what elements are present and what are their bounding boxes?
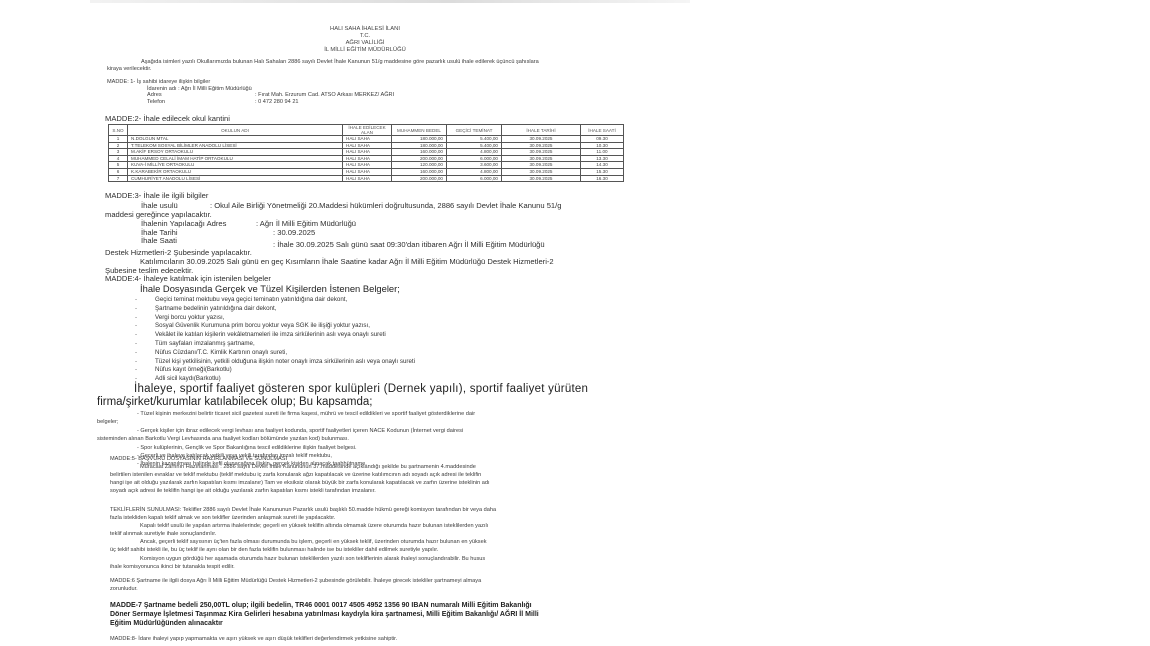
sport-item: belgeler; [97,418,475,426]
table-row: 6K.KARABEKİR ORTAOKULUHALI SAHA160.000,0… [109,168,624,175]
teklif-line: üç teklif sahibi istekli ile, bu üç tekl… [110,546,496,554]
cell-saat: 11.00 [581,149,624,156]
cell-okul-adi: T.TELEKOM SOSYAL BİLİMLER ANADOLU LİSESİ [128,142,343,149]
madde1-title: MADDE: 1- İş sahibi idareye ilişkin bilg… [107,79,210,85]
belge-item-text: Vekâlet ile katılan kişilerin vekâletnam… [155,331,386,338]
cell-teminat: 4.800,00 [447,149,502,156]
doc-title: HALI SAHA İHALESİ İLANI [265,26,465,33]
intro-line-1: Aşağıda isimleri yazılı Okullarımızda bu… [141,59,539,65]
madde1-telefon-value: : 0 472 280 94 21 [255,99,299,105]
madde1-idare-value: : Ağrı İl Milli Eğitim Müdürlüğü [178,86,252,92]
cell-alan: HALI SAHA [343,168,392,175]
teklif-line-text: TEKLİFLERİN SUNULMASI: Teklifler 2886 sa… [110,507,496,513]
cell-bedel: 200.000,00 [392,175,447,182]
madde7-line-3: Eğitim Müdürlüğünden alınacaktır [110,620,223,627]
cell-bedel: 200.000,00 [392,155,447,162]
cell-tarih: 30.09.2025 [502,168,581,175]
madde5-line: soyadı açık adresi ile teklifin hangi iş… [110,488,490,496]
madde3-adres-label: İhalenin Yapılacağı Adres [141,219,226,228]
madde1-idare: İdarenin adı : Ağrı İl Milli Eğitim Müdü… [147,86,252,92]
cell-alan: HALI SAHA [343,142,392,149]
madde5-line-text: belirtilen istenilen evraklar ve teklif … [110,472,481,478]
teklif-line-text: teklif alınmak suretiyle ihale sonuçland… [110,531,216,537]
cell-sno: 4 [109,155,128,162]
cell-alan: HALI SAHA [343,175,392,182]
madde5-line-text: hangi işe ait olduğu yazılarak zarfın ka… [110,480,490,486]
madde6-line-1: MADDE:6 Şartname ile ilgili dosya Ağrı İ… [110,578,481,584]
cell-sno: 3 [109,149,128,156]
table-row: 5KUVA-İ MİLLİYE ORTAOKULUHALI SAHA120.00… [109,162,624,169]
cell-saat: 16.30 [581,175,624,182]
madde3-adres-value: : Ağrı İl Milli Eğitim Müdürlüğü [256,219,356,228]
teklif-line: TEKLİFLERİN SUNULMASI: Teklifler 2886 sa… [110,506,496,514]
belge-item: -Vekâlet ile katılan kişilerin vekâletna… [135,331,415,340]
teklif-line: Kapalı teklif usulü ile yapılan artırma … [110,522,496,530]
teklif-line: fazla istekliden kapalı teklif almak ve … [110,514,496,522]
table-row: 7CUMHURİYET ANADOLU LİSESİHALI SAHA200.0… [109,175,624,182]
madde5-line: hangi işe ait olduğu yazılarak zarfın ka… [110,480,490,488]
teklif-line: ihale komisyonunca ikinci bir tutanakla … [110,563,496,571]
bullet-dash-icon: - [135,322,155,331]
belge-item-text: Şartname bedelinin yatırıldığına dair de… [155,305,276,312]
belge-item-text: Nüfus Cüzdanı/T.C. Kimlik Kartının onayl… [155,349,287,356]
cell-alan: HALI SAHA [343,162,392,169]
bullet-dash-icon: - [135,305,155,314]
madde1-adres-value: : Fırat Mah. Erzurum Cad. ATSO Arkası ME… [255,92,394,98]
cell-okul-adi: M.AKİF ERSOY ORTAOKULU [128,149,343,156]
bullet-dash-icon: - [135,340,155,349]
cell-tarih: 30.09.2025 [502,175,581,182]
cell-okul-adi: KUVA-İ MİLLİYE ORTAOKULU [128,162,343,169]
cell-okul-adi: N.DOLGUN MTAL [128,136,343,143]
belge-item-text: Tüzel kişi yetkilisinin, yetkili olduğun… [155,358,415,365]
teklif-line-text: ihale komisyonunca ikinci bir tutanakla … [110,564,235,570]
cell-tarih: 30.09.2025 [502,149,581,156]
cell-alan: HALI SAHA [343,155,392,162]
cell-tarih: 30.09.2025 [502,162,581,169]
madde3-usul-label: İhale usulü [141,201,178,210]
table-row: 2T.TELEKOM SOSYAL BİLİMLER ANADOLU LİSES… [109,142,624,149]
cell-bedel: 180.000,00 [392,136,447,143]
sport-item: - Gerçek kişiler için ibraz edilecek ver… [97,427,475,435]
belge-item: -Nüfus Cüzdanı/T.C. Kimlik Kartının onay… [135,349,415,358]
teklif-line: Ancak, geçerli teklif sayısının üç'ten f… [110,538,496,546]
belgeler-list: -Geçici teminat mektubu veya geçici temi… [135,296,415,384]
col-sno: S.NO [109,125,128,136]
cell-teminat: 5.400,00 [447,142,502,149]
teklif-line-text: Ancak, geçerli teklif sayısının üç'ten f… [110,539,487,545]
cell-saat: 14.30 [581,162,624,169]
belge-item: -Nüfus kayıt örneği(Barkotlu) [135,366,415,375]
belge-item: -Tüzel kişi yetkilisinin, yetkili olduğu… [135,358,415,367]
cell-tarih: 30.09.2025 [502,142,581,149]
madde3-usul-cont: maddesi gereğince yapılacaktır. [105,210,212,219]
col-tarih: İHALE TARİHİ [502,125,581,136]
table-row: 4MUHAMMED CELALİ İMAM HATİP ORTAOKULUHAL… [109,155,624,162]
belge-item-text: Adli sicil kaydı(Barkotlu) [155,375,221,382]
table-row: 3M.AKİF ERSOY ORTAOKULUHALI SAHA160.000,… [109,149,624,156]
madde5-line: Müracaat Zarfının Hazırlanması : 2886 sa… [110,464,490,472]
cell-bedel: 120.000,00 [392,162,447,169]
cell-bedel: 160.000,00 [392,149,447,156]
cell-saat: 09.30 [581,136,624,143]
madde3-katilim-1: Katılımcıların 30.09.2025 Salı günü en g… [140,257,554,266]
madde7-line-1: MADDE-7 Şartname bedeli 250,00TL olup; i… [110,602,532,609]
madde4-title: MADDE:4- İhaleye katılmak için istenilen… [105,274,271,283]
cell-okul-adi: MUHAMMED CELALİ İMAM HATİP ORTAOKULU [128,155,343,162]
col-teminat: GEÇİCİ TEMİNAT [447,125,502,136]
cell-teminat: 3.600,00 [447,162,502,169]
belge-item: -Geçici teminat mektubu veya geçici temi… [135,296,415,305]
col-okul-adi: OKULUN ADI [128,125,343,136]
teklif-line-text: Kapalı teklif usulü ile yapılan artırma … [110,523,488,529]
doc-header-mudurluk: İL MİLLİ EĞİTİM MÜDÜRLÜĞÜ [265,47,465,54]
sport-item: sisteminden alınan Barkotlu Vergi Levhas… [97,435,475,443]
madde5-line: belirtilen istenilen evraklar ve teklif … [110,472,490,480]
madde1-adres-label: Adres [147,92,162,98]
cell-sno: 1 [109,136,128,143]
madde3-saat-label: İhale Saati [141,236,177,245]
sport-item: - Tüzel kişinin merkezini belirtir ticar… [97,410,475,418]
sport-item-text: - Spor kulüplerinin, Gençlik ve Spor Bak… [97,445,357,451]
doc-header-tc: T.C. [265,33,465,40]
madde3-saat-cont: Destek Hizmetleri-2 Şubesinde yapılacakt… [105,248,252,257]
sport-item-text: belgeler; [97,419,118,425]
sport-item-text: - Tüzel kişinin merkezini belirtir ticar… [97,411,475,417]
cell-bedel: 180.000,00 [392,142,447,149]
bullet-dash-icon: - [135,314,155,323]
bullet-dash-icon: - [135,358,155,367]
bullet-dash-icon: - [135,296,155,305]
table-row: 1N.DOLGUN MTALHALI SAHA180.000,005.400,0… [109,136,624,143]
doc-header-valilik: AĞRI VALİLİĞİ [265,40,465,47]
belge-item-text: Nüfus kayıt örneği(Barkotlu) [155,366,232,373]
sport-line-2: firma/şirket/kurumlar katılabilecek olup… [97,396,372,408]
teklif-line-text: Komisyon uygun gördüğü her aşamada oturu… [110,556,485,562]
cell-saat: 13.30 [581,155,624,162]
teklif-sunulmasi-text: TEKLİFLERİN SUNULMASI: Teklifler 2886 sa… [110,506,496,571]
belge-item: -Sosyal Güvenlik Kurumuna prim borcu yok… [135,322,415,331]
madde8-line-1: MADDE:8- İdare ihaleyi yapıp yapmamakta … [110,636,397,642]
table-body: 1N.DOLGUN MTALHALI SAHA180.000,005.400,0… [109,136,624,182]
cell-teminat: 6.000,00 [447,155,502,162]
madde3-usul-value: : Okul Aile Birliği Yönetmeliği 20.Madde… [210,201,562,210]
madde3-title: MADDE:3- İhale ile ilgili bilgiler [105,191,208,200]
belge-item-text: Geçici teminat mektubu veya geçici temin… [155,296,347,303]
cell-okul-adi: CUMHURİYET ANADOLU LİSESİ [128,175,343,182]
cell-teminat: 4.800,00 [447,168,502,175]
madde2-title: MADDE:2- İhale edilecek okul kantini [105,114,230,123]
intro-line-2: kiraya verilecektir. [107,66,151,72]
belge-item: -Şartname bedelinin yatırıldığına dair d… [135,305,415,314]
cell-teminat: 6.000,00 [447,175,502,182]
teklif-line-text: üç teklif sahibi istekli ile, bu üç tekl… [110,547,438,553]
sport-item-text: sisteminden alınan Barkotlu Vergi Levhas… [97,436,349,442]
madde5-text: Müracaat Zarfının Hazırlanması : 2886 sa… [110,464,490,496]
belge-item: -Tüm sayfaları imzalanmış şartname, [135,340,415,349]
col-bedel: MUHAMMEN BEDEL [392,125,447,136]
belge-item-text: Vergi borcu yoktur yazısı, [155,314,224,321]
belge-item: -Vergi borcu yoktur yazısı, [135,314,415,323]
sport-item: - Spor kulüplerinin, Gençlik ve Spor Bak… [97,444,475,452]
cell-bedel: 160.000,00 [392,168,447,175]
bullet-dash-icon: - [135,331,155,340]
madde6-line-2: zorunludur. [110,586,138,592]
kantin-table: S.NO OKULUN ADI İHALE EDİLECEK ALAN MUHA… [108,124,624,182]
madde5-line-text: soyadı açık adresi ile teklifin hangi iş… [110,488,376,494]
col-alan: İHALE EDİLECEK ALAN [343,125,392,136]
madde5-title: MADDE:5- BAŞVURU DOSYASININ HAZIRLANMASI… [110,456,287,462]
cell-okul-adi: K.KARABEKİR ORTAOKULU [128,168,343,175]
teklif-line-text: fazla istekliden kapalı teklif almak ve … [110,515,335,521]
madde3-saat-value: : İhale 30.09.2025 Salı günü saat 09:30'… [273,240,545,249]
cell-alan: HALI SAHA [343,149,392,156]
cell-sno: 2 [109,142,128,149]
bullet-dash-icon: - [135,366,155,375]
madde7-line-2: Döner Sermaye İşletmesi Taşınmaz Kira Ge… [110,611,539,618]
belge-item-text: Tüm sayfaları imzalanmış şartname, [155,340,255,347]
cell-sno: 5 [109,162,128,169]
madde1-telefon-label: Telefon [147,99,165,105]
sport-item-text: - Gerçek kişiler için ibraz edilecek ver… [97,428,463,434]
col-saat: İHALE SAATİ [581,125,624,136]
cell-tarih: 30.09.2025 [502,136,581,143]
belge-item-text: Sosyal Güvenlik Kurumuna prim borcu yokt… [155,322,370,329]
cell-teminat: 5.400,00 [447,136,502,143]
madde5-line-text: Müracaat Zarfının Hazırlanması : 2886 sa… [110,464,476,470]
cell-alan: HALI SAHA [343,136,392,143]
cell-saat: 10.30 [581,142,624,149]
cell-saat: 15.30 [581,168,624,175]
bullet-dash-icon: - [135,349,155,358]
cell-sno: 6 [109,168,128,175]
madde4-subtitle: İhale Dosyasında Gerçek ve Tüzel Kişiler… [140,283,400,294]
document-page: HALI SAHA İHALESİ İLANI T.C. AĞRI VALİLİ… [0,0,1150,646]
cell-sno: 7 [109,175,128,182]
table-header-row: S.NO OKULUN ADI İHALE EDİLECEK ALAN MUHA… [109,125,624,136]
teklif-line: Komisyon uygun gördüğü her aşamada oturu… [110,555,496,563]
madde3-tarih-value: : 30.09.2025 [273,228,315,237]
cell-tarih: 30.09.2025 [502,155,581,162]
teklif-line: teklif alınmak suretiyle ihale sonuçland… [110,530,496,538]
sport-line-1: İhaleye, sportif faaliyet gösteren spor … [134,383,588,395]
